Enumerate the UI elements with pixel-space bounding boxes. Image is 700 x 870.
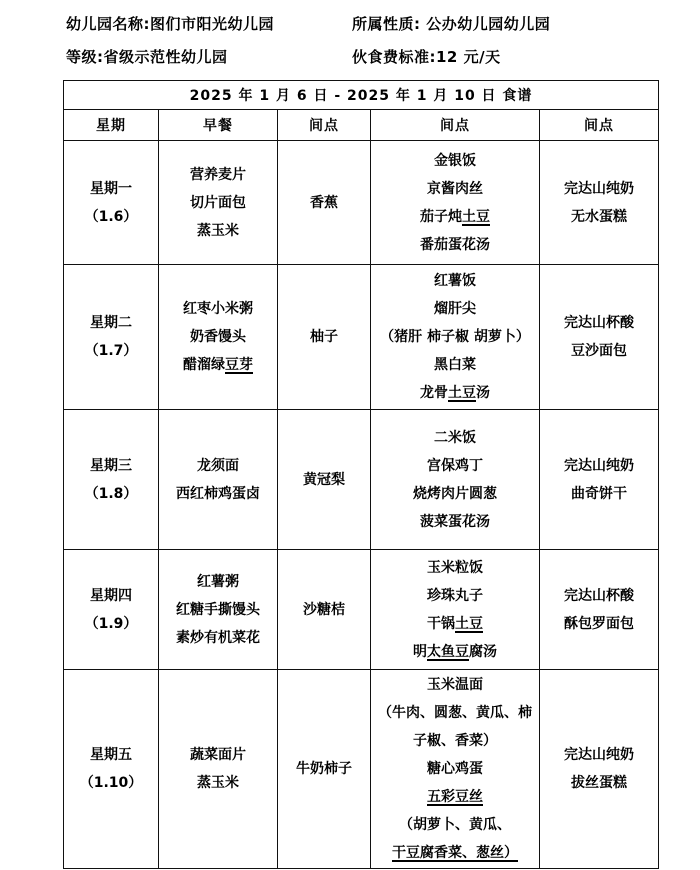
menu-item-text: 无水蛋糕 (571, 209, 627, 225)
menu-item-line: 红糖手撕馒头 (159, 596, 277, 624)
menu-item-line: 玉米粒饭 (371, 554, 539, 582)
day-cell: 星期五（1.10） (64, 670, 159, 869)
menu-item-text: 珍珠丸子 (427, 588, 483, 604)
menu-item-text: 完达山纯奶 (564, 458, 634, 474)
date-label: （1.9） (64, 610, 158, 638)
menu-item-line: 糖心鸡蛋 (371, 755, 539, 783)
menu-item-text: 红薯饭 (434, 273, 476, 289)
menu-item-line: 宫保鸡丁 (371, 452, 539, 480)
menu-item-text: 曲奇饼干 (571, 486, 627, 502)
menu-item-line: 切片面包 (159, 189, 277, 217)
menu-item-line: 烧烤肉片圆葱 (371, 480, 539, 508)
menu-item-line: 干锅土豆 (371, 610, 539, 638)
menu-item-text: 完达山杯酸 (564, 315, 634, 331)
menu-item-text: 玉米温面 (427, 677, 483, 693)
menu-item-text: 熘肝尖 (434, 301, 476, 317)
menu-item-text: 龙须面 (197, 458, 239, 474)
menu-item-text: 完达山杯酸 (564, 588, 634, 604)
lunch-cell: 玉米温面（牛肉、圆葱、黄瓜、柿子椒、香菜）糖心鸡蛋五彩豆丝（胡萝卜、黄瓜、干豆腐… (371, 670, 540, 869)
column-header-breakfast: 早餐 (159, 110, 278, 141)
morning-snack-cell: 香蕉 (278, 141, 371, 265)
lunch-cell: 二米饭宫保鸡丁烧烤肉片圆葱菠菜蛋花汤 (371, 410, 540, 550)
menu-item-line: 曲奇饼干 (540, 480, 658, 508)
table-title: 2025 年 1 月 6 日 - 2025 年 1 月 10 日 食谱 (64, 81, 659, 110)
menu-item-line: 牛奶柿子 (278, 755, 370, 783)
afternoon-snack-cell: 完达山纯奶曲奇饼干 (540, 410, 659, 550)
day-cell: 星期四（1.9） (64, 550, 159, 670)
menu-item-text: 土豆 (462, 209, 490, 225)
menu-item-line: 蒸玉米 (159, 217, 277, 245)
morning-snack-cell: 牛奶柿子 (278, 670, 371, 869)
page-header-line-2: 等级:省级示范性幼儿园 伙食费标准:12 元/天 (0, 46, 700, 66)
menu-item-text: 豆沙面包 (571, 343, 627, 359)
table-row: 星期一（1.6）营养麦片切片面包蒸玉米香蕉金银饭京酱肉丝茄子炖土豆番茄蛋花汤完达… (64, 141, 659, 265)
menu-item-text: 土豆 (448, 385, 476, 401)
menu-item-line: 完达山纯奶 (540, 741, 658, 769)
menu-item-text: （猪肝 柿子椒 胡萝卜） (380, 329, 530, 345)
day-cell: 星期一（1.6） (64, 141, 159, 265)
weekday-label: 星期二 (64, 309, 158, 337)
afternoon-snack-cell: 完达山杯酸酥包罗面包 (540, 550, 659, 670)
table-row: 星期四（1.9）红薯粥红糖手撕馒头素炒有机菜花沙糖桔玉米粒饭珍珠丸子干锅土豆明太… (64, 550, 659, 670)
menu-item-text: 奶香馒头 (190, 329, 246, 345)
menu-item-text: 龙骨 (420, 385, 448, 401)
menu-item-text: （胡萝卜、黄瓜、 (399, 817, 511, 833)
menu-item-text: 黑白菜 (434, 357, 476, 373)
menu-item-text: 红枣小米粥 (183, 301, 253, 317)
menu-item-line: 完达山纯奶 (540, 452, 658, 480)
menu-item-text: 蔬菜面片 (190, 747, 246, 763)
day-cell: 星期三（1.8） (64, 410, 159, 550)
lunch-cell: 红薯饭熘肝尖（猪肝 柿子椒 胡萝卜）黑白菜龙骨土豆汤 (371, 265, 540, 410)
kindergarten-name: 幼儿园名称:图们市阳光幼儿园 (66, 13, 274, 34)
menu-item-line: 拔丝蛋糕 (540, 769, 658, 797)
menu-item-text: 玉米粒饭 (427, 560, 483, 576)
menu-item-text: 红薯粥 (197, 574, 239, 590)
morning-snack-cell: 沙糖桔 (278, 550, 371, 670)
menu-item-line: 素炒有机菜花 (159, 624, 277, 652)
menu-item-line: 龙须面 (159, 452, 277, 480)
menu-item-line: （牛肉、圆葱、黄瓜、柿 (371, 699, 539, 727)
date-label: （1.10） (64, 769, 158, 797)
menu-item-line: 完达山杯酸 (540, 309, 658, 337)
menu-item-line: 柚子 (278, 323, 370, 351)
menu-item-line: 蔬菜面片 (159, 741, 277, 769)
table-title-row: 2025 年 1 月 6 日 - 2025 年 1 月 10 日 食谱 (64, 81, 659, 110)
menu-item-text: 蒸玉米 (197, 223, 239, 239)
menu-item-line: （胡萝卜、黄瓜、 (371, 811, 539, 839)
table-row: 星期二（1.7）红枣小米粥奶香馒头醋溜绿豆芽柚子红薯饭熘肝尖（猪肝 柿子椒 胡萝… (64, 265, 659, 410)
menu-item-line: 菠菜蛋花汤 (371, 508, 539, 536)
afternoon-snack-cell: 完达山纯奶无水蛋糕 (540, 141, 659, 265)
weekly-menu-table: 2025 年 1 月 6 日 - 2025 年 1 月 10 日 食谱 星期 早… (63, 80, 659, 869)
menu-item-line: 黑白菜 (371, 351, 539, 379)
menu-item-line: 珍珠丸子 (371, 582, 539, 610)
breakfast-cell: 营养麦片切片面包蒸玉米 (159, 141, 278, 265)
ownership-type: 所属性质: 公办幼儿园幼儿园 (352, 13, 550, 34)
menu-item-text: 二米饭 (434, 430, 476, 446)
column-header-weekday: 星期 (64, 110, 159, 141)
menu-item-text: 西红柿鸡蛋卤 (176, 486, 260, 502)
menu-item-line: 醋溜绿豆芽 (159, 351, 277, 379)
date-label: （1.6） (64, 203, 158, 231)
menu-item-text: 糖心鸡蛋 (427, 761, 483, 777)
menu-item-text: 汤 (476, 385, 490, 401)
menu-item-text: 明 (413, 644, 427, 660)
menu-item-text: 沙糖桔 (303, 602, 345, 618)
menu-item-text: 红糖手撕馒头 (176, 602, 260, 618)
menu-item-line: 无水蛋糕 (540, 203, 658, 231)
menu-item-text: 酥包罗面包 (564, 616, 634, 632)
breakfast-cell: 红枣小米粥奶香馒头醋溜绿豆芽 (159, 265, 278, 410)
menu-item-line: 五彩豆丝 (371, 783, 539, 811)
menu-item-line: 干豆腐香菜、葱丝） (371, 839, 539, 867)
table-row: 星期五（1.10）蔬菜面片蒸玉米牛奶柿子玉米温面（牛肉、圆葱、黄瓜、柿子椒、香菜… (64, 670, 659, 869)
menu-item-text: 醋溜绿 (183, 357, 225, 373)
menu-item-text: 香蕉 (310, 195, 338, 211)
menu-item-text: 柚子 (310, 329, 338, 345)
menu-item-line: 黄冠梨 (278, 466, 370, 494)
menu-item-line: 子椒、香菜） (371, 727, 539, 755)
menu-item-text: 干锅 (427, 616, 455, 632)
table-header-row: 星期 早餐 间点 间点 间点 (64, 110, 659, 141)
menu-item-line: 奶香馒头 (159, 323, 277, 351)
weekday-label: 星期三 (64, 452, 158, 480)
column-header-snack-3: 间点 (540, 110, 659, 141)
menu-item-text: 干豆腐香菜、葱丝） (392, 845, 518, 861)
menu-item-text: 完达山纯奶 (564, 747, 634, 763)
weekday-label: 星期一 (64, 175, 158, 203)
lunch-cell: 玉米粒饭珍珠丸子干锅土豆明太鱼豆腐汤 (371, 550, 540, 670)
meal-fee-standard: 伙食费标准:12 元/天 (352, 46, 501, 67)
table-row: 星期三（1.8）龙须面西红柿鸡蛋卤黄冠梨二米饭宫保鸡丁烧烤肉片圆葱菠菜蛋花汤完达… (64, 410, 659, 550)
page-header-line-1: 幼儿园名称:图们市阳光幼儿园 所属性质: 公办幼儿园幼儿园 (0, 13, 700, 33)
menu-item-text: 切片面包 (190, 195, 246, 211)
menu-item-line: 酥包罗面包 (540, 610, 658, 638)
column-header-snack-2: 间点 (371, 110, 540, 141)
menu-item-line: 红薯粥 (159, 568, 277, 596)
menu-item-line: 香蕉 (278, 189, 370, 217)
date-label: （1.7） (64, 337, 158, 365)
kindergarten-level: 等级:省级示范性幼儿园 (66, 46, 228, 67)
menu-table-body: 星期一（1.6）营养麦片切片面包蒸玉米香蕉金银饭京酱肉丝茄子炖土豆番茄蛋花汤完达… (64, 141, 659, 869)
menu-item-text: 腐汤 (469, 644, 497, 660)
column-header-snack-1: 间点 (278, 110, 371, 141)
menu-item-line: 熘肝尖 (371, 295, 539, 323)
menu-item-line: 明太鱼豆腐汤 (371, 638, 539, 666)
weekday-label: 星期四 (64, 582, 158, 610)
breakfast-cell: 蔬菜面片蒸玉米 (159, 670, 278, 869)
menu-item-text: 牛奶柿子 (296, 761, 352, 777)
menu-item-text: 太鱼豆 (427, 644, 469, 660)
menu-item-text: 茄子炖 (420, 209, 462, 225)
menu-item-line: 金银饭 (371, 147, 539, 175)
menu-item-text: 蒸玉米 (197, 775, 239, 791)
menu-item-text: 宫保鸡丁 (427, 458, 483, 474)
breakfast-cell: 龙须面西红柿鸡蛋卤 (159, 410, 278, 550)
menu-item-line: 完达山杯酸 (540, 582, 658, 610)
menu-item-line: 茄子炖土豆 (371, 203, 539, 231)
menu-item-line: 完达山纯奶 (540, 175, 658, 203)
menu-item-line: 玉米温面 (371, 671, 539, 699)
menu-item-text: 营养麦片 (190, 167, 246, 183)
afternoon-snack-cell: 完达山杯酸豆沙面包 (540, 265, 659, 410)
menu-item-line: 龙骨土豆汤 (371, 379, 539, 407)
date-label: （1.8） (64, 480, 158, 508)
menu-item-line: 红枣小米粥 (159, 295, 277, 323)
menu-item-line: 红薯饭 (371, 267, 539, 295)
menu-item-text: 金银饭 (434, 153, 476, 169)
menu-item-line: 蒸玉米 (159, 769, 277, 797)
menu-item-line: 营养麦片 (159, 161, 277, 189)
menu-item-line: 豆沙面包 (540, 337, 658, 365)
morning-snack-cell: 黄冠梨 (278, 410, 371, 550)
menu-item-text: 素炒有机菜花 (176, 630, 260, 646)
menu-item-line: 番茄蛋花汤 (371, 231, 539, 259)
menu-item-text: 豆芽 (225, 357, 253, 373)
menu-item-line: 二米饭 (371, 424, 539, 452)
menu-item-text: 菠菜蛋花汤 (420, 514, 490, 530)
afternoon-snack-cell: 完达山纯奶拔丝蛋糕 (540, 670, 659, 869)
menu-item-line: 京酱肉丝 (371, 175, 539, 203)
menu-item-line: （猪肝 柿子椒 胡萝卜） (371, 323, 539, 351)
day-cell: 星期二（1.7） (64, 265, 159, 410)
menu-item-text: 完达山纯奶 (564, 181, 634, 197)
menu-item-text: 子椒、香菜） (413, 733, 497, 749)
menu-item-text: 京酱肉丝 (427, 181, 483, 197)
menu-item-text: 拔丝蛋糕 (571, 775, 627, 791)
lunch-cell: 金银饭京酱肉丝茄子炖土豆番茄蛋花汤 (371, 141, 540, 265)
menu-item-text: 烧烤肉片圆葱 (413, 486, 497, 502)
menu-item-text: （牛肉、圆葱、黄瓜、柿 (378, 705, 532, 721)
menu-item-text: 黄冠梨 (303, 472, 345, 488)
menu-item-line: 西红柿鸡蛋卤 (159, 480, 277, 508)
menu-item-text: 五彩豆丝 (427, 789, 483, 805)
breakfast-cell: 红薯粥红糖手撕馒头素炒有机菜花 (159, 550, 278, 670)
weekday-label: 星期五 (64, 741, 158, 769)
menu-item-text: 番茄蛋花汤 (420, 237, 490, 253)
morning-snack-cell: 柚子 (278, 265, 371, 410)
menu-item-text: 土豆 (455, 616, 483, 632)
menu-item-line: 沙糖桔 (278, 596, 370, 624)
